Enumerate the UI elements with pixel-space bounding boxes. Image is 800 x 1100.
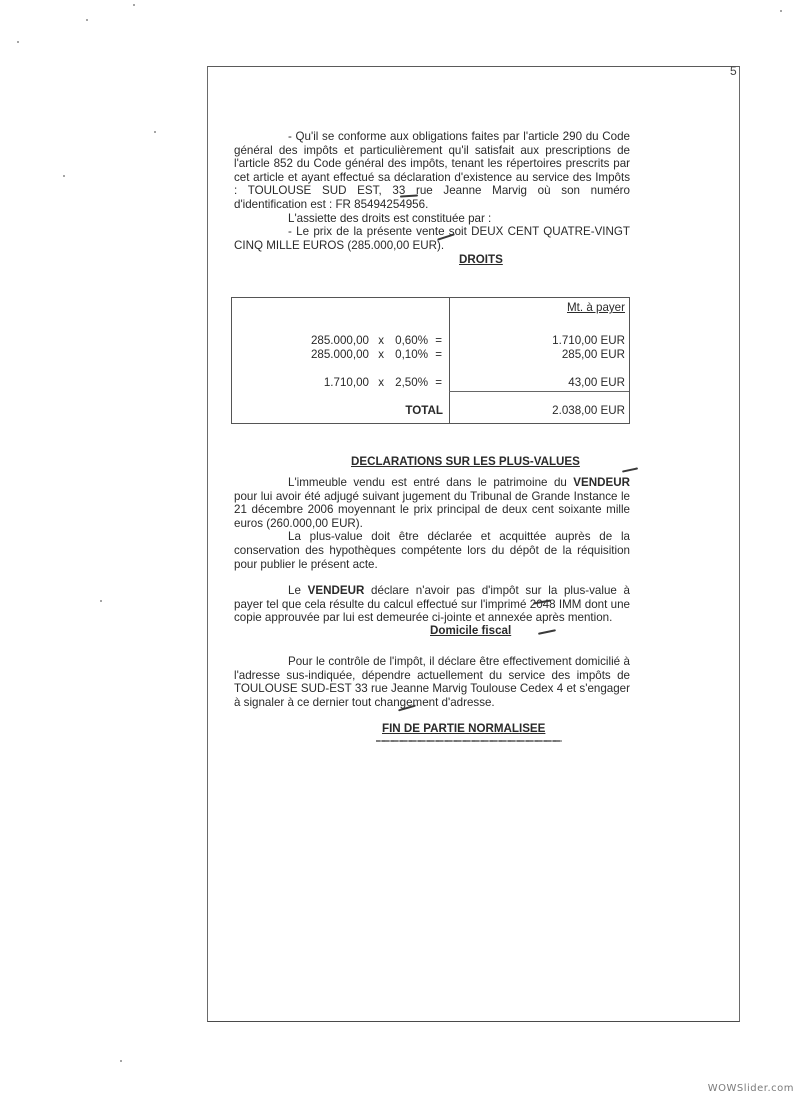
total-amount: 2.038,00 EUR (552, 404, 625, 417)
scan-speck (63, 175, 65, 177)
row-amount: 1.710,00 EUR (552, 334, 625, 347)
scan-speck (780, 10, 782, 12)
calc-base: 285.000,00 (311, 334, 369, 347)
calc-rate: 0,60% (395, 334, 428, 347)
calc-base: 1.710,00 (324, 376, 369, 389)
calc-rate: 0,10% (395, 348, 428, 361)
calc-equals: = (435, 334, 442, 347)
amount-column-header: Mt. à payer (567, 301, 625, 314)
plus-values-heading: DECLARATIONS SUR LES PLUS-VALUES (351, 455, 580, 468)
intro-section: - Qu'il se conforme aux obligations fait… (234, 130, 630, 252)
calc-equals: = (435, 348, 442, 361)
plus-values-section: L'immeuble vendu est entré dans le patri… (234, 476, 630, 625)
intro-paragraph-assiette: L'assiette des droits est constituée par… (234, 212, 630, 226)
text-fragment: pour lui avoir été adjugé suivant jugeme… (234, 490, 630, 530)
table-column-divider (449, 298, 450, 423)
domicile-fiscal-heading: Domicile fiscal (430, 624, 511, 637)
scan-speck (120, 1060, 122, 1062)
total-label: TOTAL (405, 404, 443, 417)
text-fragment: L'immeuble vendu est entré dans le patri… (288, 476, 573, 489)
scan-speck (154, 131, 156, 133)
table-total-separator (449, 391, 629, 392)
text-fragment: Le (288, 584, 308, 597)
fin-partie-heading: FIN DE PARTIE NORMALISEE (382, 722, 545, 735)
row-amount: 43,00 EUR (568, 376, 625, 389)
domicile-paragraph: Pour le contrôle de l'impôt, il déclare … (234, 655, 630, 709)
scan-speck (86, 19, 88, 21)
calc-rate: 2,50% (395, 376, 428, 389)
plus-values-paragraph-origine: L'immeuble vendu est entré dans le patri… (234, 476, 630, 530)
calc-operator: x (378, 334, 384, 347)
droits-heading: DROITS (459, 253, 503, 266)
scan-speck (133, 4, 135, 6)
scan-speck (17, 41, 19, 43)
plus-values-paragraph-exoneration: Le VENDEUR déclare n'avoir pas d'impôt s… (234, 584, 630, 625)
calc-operator: x (378, 348, 384, 361)
page-number: 5 (730, 64, 737, 78)
watermark: WOWSlider.com (708, 1083, 794, 1094)
row-amount: 285,00 EUR (562, 348, 625, 361)
calc-equals: = (435, 376, 442, 389)
intro-paragraph-prix: - Le prix de la présente vente soit DEUX… (234, 225, 630, 252)
calc-operator: x (378, 376, 384, 389)
scan-speck (100, 600, 102, 602)
droits-table: Mt. à payer 285.000,00 x 0,60% = 1.710,0… (231, 297, 630, 424)
intro-paragraph-article-290: - Qu'il se conforme aux obligations fait… (234, 130, 630, 212)
calc-base: 285.000,00 (311, 348, 369, 361)
plus-values-paragraph-declaration: La plus-value doit être déclarée et acqu… (234, 530, 630, 571)
vendeur-term: VENDEUR (308, 584, 365, 597)
handwritten-underline (376, 740, 562, 742)
domicile-section: Pour le contrôle de l'impôt, il déclare … (234, 655, 630, 709)
vendeur-term: VENDEUR (573, 476, 630, 489)
